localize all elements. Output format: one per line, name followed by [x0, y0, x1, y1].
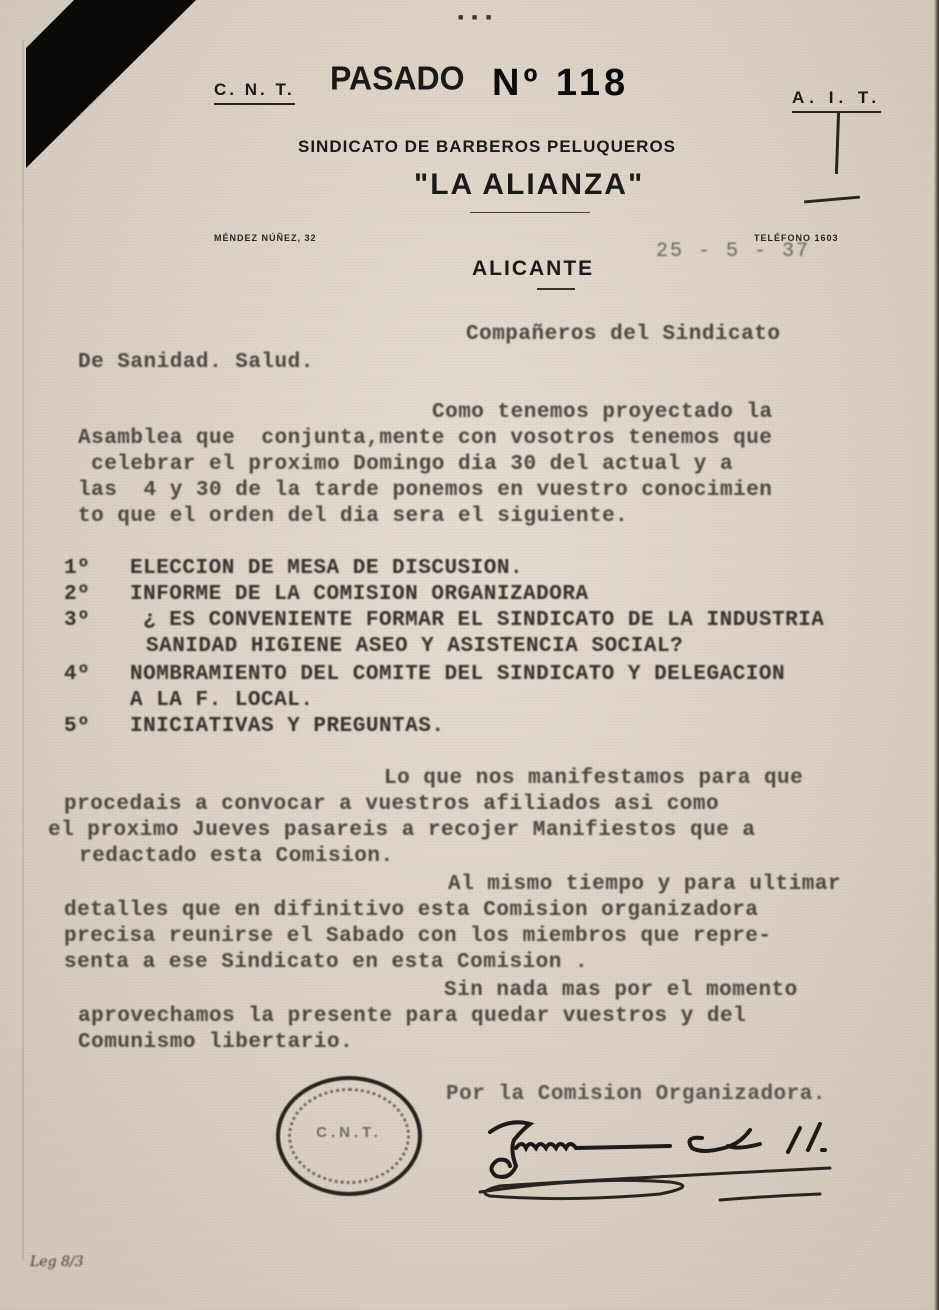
agenda-number: 2º [64, 582, 90, 608]
pasado-label: PASADO [330, 59, 465, 98]
closing-line: aprovechamos la presente para quedar vue… [78, 1004, 746, 1030]
divider [470, 212, 590, 213]
divider [537, 288, 575, 290]
page-edge-right [934, 0, 939, 1310]
signature-label: Por la Comision Organizadora. [446, 1082, 826, 1108]
union-stamp: C.N.T. [276, 1076, 422, 1196]
agenda-number: 4º [64, 662, 90, 688]
city: ALICANTE [472, 257, 594, 281]
cnt-label: C. N. T. [214, 80, 295, 105]
stamp-text: C.N.T. [280, 1124, 418, 1141]
body-line: celebrar el proximo Domingo dia 30 del a… [78, 452, 733, 478]
body-line: procedais a convocar a vuestros afiliado… [64, 792, 719, 818]
registry-number: Nº 118 [492, 62, 629, 105]
recipient-line-1: Compañeros del Sindicato [466, 322, 780, 348]
body-line: Asamblea que conjunta,mente con vosotros… [78, 426, 772, 452]
agenda-item: INFORME DE LA COMISION ORGANIZADORA [130, 582, 589, 608]
agenda-item-cont: SANIDAD HIGIENE ASEO Y ASISTENCIA SOCIAL… [146, 634, 683, 660]
body-line: el proximo Jueves pasareis a recojer Man… [48, 818, 756, 844]
agenda-item: ¿ ES CONVENIENTE FORMAR EL SINDICATO DE … [130, 608, 824, 634]
closing-line: Comunismo libertario. [78, 1030, 353, 1056]
body-line: redactado esta Comision. [66, 844, 394, 870]
letterhead-top-mark: ■ ■ ■ [458, 12, 494, 22]
signature-icon [470, 1110, 890, 1210]
agenda-number: 5º [64, 714, 90, 740]
handwritten-date: 25 - 5 - 37 [656, 240, 810, 263]
body-line: to que el orden del dia sera el siguient… [78, 504, 628, 530]
agenda-item: ELECCION DE MESA DE DISCUSION. [130, 556, 523, 582]
body-line: Al mismo tiempo y para ultimar [448, 872, 841, 898]
page-edge-left [22, 40, 24, 1260]
recipient-line-2: De Sanidad. Salud. [78, 350, 314, 376]
mourning-band-icon [26, 0, 206, 170]
ait-label: A. I. T. [792, 88, 881, 113]
body-line: las 4 y 30 de la tarde ponemos en vuestr… [78, 478, 772, 504]
street-address: MÉNDEZ NÚÑEZ, 32 [214, 233, 317, 243]
agenda-item-cont: A LA F. LOCAL. [130, 688, 313, 714]
union-name: SINDICATO DE BARBEROS PELUQUEROS [298, 137, 676, 157]
body-line: senta a ese Sindicato en esta Comision . [64, 950, 588, 976]
agenda-item: INICIATIVAS Y PREGUNTAS. [130, 714, 444, 740]
closing-line: Sin nada mas por el momento [444, 978, 798, 1004]
agenda-item: NOMBRAMIENTO DEL COMITE DEL SINDICATO Y … [130, 662, 785, 688]
agenda-number: 3º [64, 608, 90, 634]
body-line: Lo que nos manifestamos para que [384, 766, 803, 792]
archive-margin-note: Leg 8/3 [30, 1254, 84, 1270]
body-line: detalles que en difinitivo esta Comision… [64, 898, 758, 924]
union-alias: "LA ALIANZA" [414, 168, 644, 202]
agenda-number: 1º [64, 556, 90, 582]
body-line: precisa reunirse el Sabado con los miemb… [64, 924, 772, 950]
body-line: Como tenemos proyectado la [432, 400, 773, 426]
